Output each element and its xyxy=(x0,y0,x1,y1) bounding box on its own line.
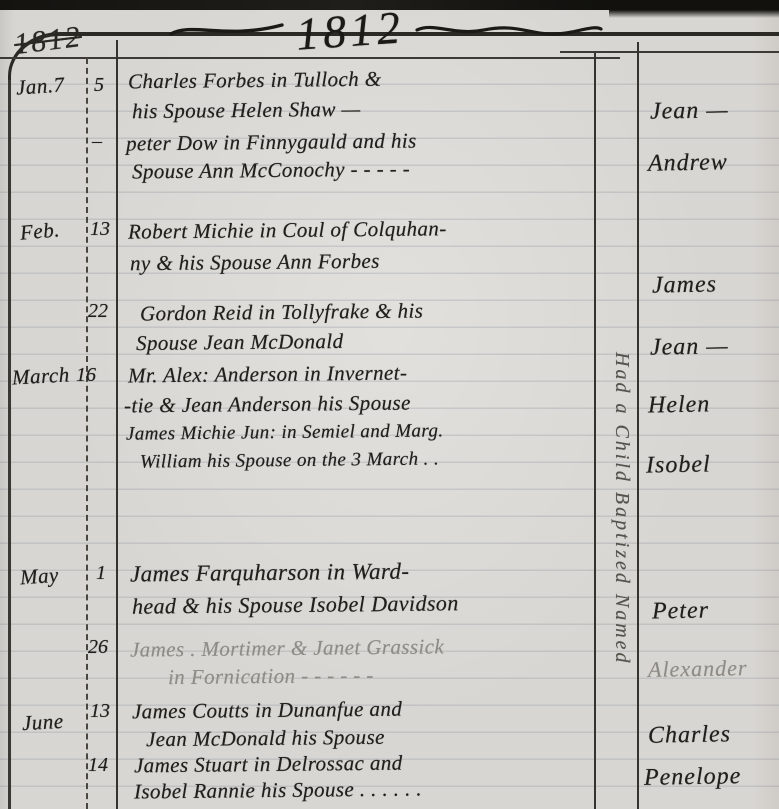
entry-text-line: in Fornication - - - - - - xyxy=(168,663,374,690)
baptized-column-left-divider xyxy=(594,53,596,809)
month-label: Feb. xyxy=(19,217,61,245)
month-label: March xyxy=(11,363,70,391)
entry-text-line: his Spouse Helen Shaw — xyxy=(132,97,361,124)
entry-text-line: James . Mortimer & Janet Grassick xyxy=(130,634,444,662)
month-label: May xyxy=(19,563,59,591)
day-label: 16 xyxy=(76,364,96,387)
page-top-edge-shadow xyxy=(609,0,779,18)
day-label: 14 xyxy=(88,754,108,777)
child-name: Jean — xyxy=(650,333,729,361)
entry-text-line: Mr. Alex: Anderson in Invernet- xyxy=(128,361,408,389)
entry-text-line: James Stuart in Delrossac and xyxy=(134,751,403,779)
child-name: Isobel xyxy=(646,451,711,479)
baptized-column-right-divider xyxy=(637,42,639,809)
month-label: Jan.7 xyxy=(15,72,65,100)
entry-text-line: Gordon Reid in Tollyfrake & his xyxy=(140,299,424,327)
day-label: 13 xyxy=(90,700,110,723)
child-name: Charles xyxy=(648,721,731,749)
child-name: Jean — xyxy=(650,97,729,125)
month-day-divider xyxy=(86,58,88,809)
month-label: June xyxy=(21,709,64,736)
flourish-right-icon xyxy=(414,16,604,46)
entry-text-line: -tie & Jean Anderson his Spouse xyxy=(124,390,411,418)
child-name: James xyxy=(652,271,717,299)
entry-text-line: James Michie Jun: in Semiel and Marg. xyxy=(126,420,444,445)
entry-text-line: Spouse Jean McDonald xyxy=(136,329,344,356)
entry-text-line: Jean McDonald his Spouse xyxy=(146,725,385,752)
child-name: Andrew xyxy=(648,149,728,177)
entry-text-line: peter Dow in Finnygauld and his xyxy=(126,128,417,156)
flourish-left-icon xyxy=(168,18,286,44)
entry-text-line: Isobel Rannie his Spouse . . . . . . xyxy=(134,776,422,804)
entry-text-line: head & his Spouse Isobel Davidson xyxy=(132,590,459,619)
day-label: 13 xyxy=(90,218,110,241)
child-name: Alexander xyxy=(648,655,748,683)
entry-text-line: Robert Michie in Coul of Colquhan- xyxy=(128,216,447,244)
day-label: 22 xyxy=(88,300,108,323)
header-rule xyxy=(0,57,620,59)
header-rule-right xyxy=(560,51,779,53)
day-label: 1 xyxy=(96,562,106,585)
entry-text-line: James Farquharson in Ward- xyxy=(130,559,410,588)
day-text-divider xyxy=(116,40,118,809)
baptized-column-label: Had a Child Baptized Named xyxy=(610,352,633,666)
year-title: 1812 xyxy=(168,4,604,57)
child-name: Helen xyxy=(648,391,711,419)
page-left-margin-line xyxy=(8,80,11,809)
child-name: Peter xyxy=(652,598,709,626)
entry-text-line: Charles Forbes in Tulloch & xyxy=(128,67,382,95)
child-name: Penelope xyxy=(644,763,742,792)
entry-text-line: ny & his Spouse Ann Forbes xyxy=(130,249,380,277)
entry-text-line: James Coutts in Dunanfue and xyxy=(132,697,402,725)
entry-text-line: Spouse Ann McConochy - - - - - xyxy=(132,157,410,185)
day-label: 5 xyxy=(94,74,104,97)
year-title-text: 1812 xyxy=(294,0,405,60)
day-label: 26 xyxy=(88,636,108,659)
day-label: – xyxy=(92,130,102,153)
entry-text-line: William his Spouse on the 3 March . . xyxy=(140,448,439,473)
